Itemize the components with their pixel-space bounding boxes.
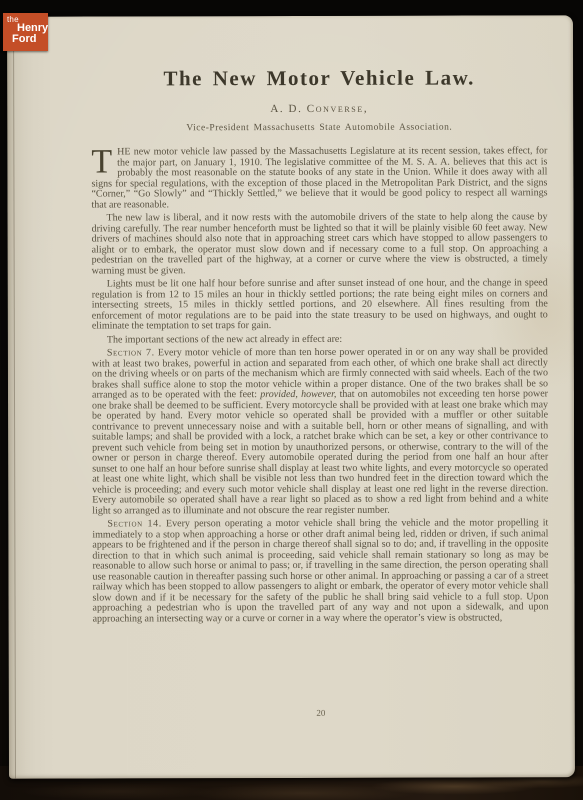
paragraph: Section 14. Every person operating a mot…	[92, 518, 548, 624]
page-number: 20	[93, 707, 549, 718]
text-segment: The important sections of the new act al…	[107, 333, 342, 345]
text-segment: Section 14.	[107, 518, 162, 529]
author-title: Vice-President Massachusetts State Autom…	[91, 122, 547, 133]
paragraph: THE new motor vehicle law passed by the …	[91, 146, 547, 210]
paragraph: The important sections of the new act al…	[92, 334, 548, 346]
text-segment: provided, however,	[260, 389, 336, 400]
page-gutter-shadow	[7, 17, 35, 779]
body-text: THE new motor vehicle law passed by the …	[91, 146, 548, 624]
text-segment: The new law is liberal, and it now rests…	[92, 211, 548, 276]
scan-background: The New Motor Vehicle Law. A. D. Convers…	[0, 0, 583, 800]
article-title: The New Motor Vehicle Law.	[91, 65, 547, 91]
text-segment: Section 7.	[107, 347, 155, 358]
paragraph: The new law is liberal, and it now rests…	[92, 212, 548, 276]
text-segment: Lights must be lit one half hour before …	[92, 277, 548, 331]
henry-ford-logo: the Henry Ford	[3, 13, 48, 51]
article-content: The New Motor Vehicle Law. A. D. Convers…	[91, 65, 548, 627]
paragraph: Lights must be lit one half hour before …	[92, 278, 548, 332]
logo-text-ford: Ford	[12, 33, 36, 45]
text-segment: that on automobiles not exceeding ten ho…	[92, 388, 548, 516]
text-segment: Every person operating a motor vehicle s…	[92, 517, 548, 624]
author-name: A. D. Converse,	[91, 102, 547, 115]
paragraph: Section 7. Every motor vehicle of more t…	[92, 347, 548, 516]
text-segment: HE new motor vehicle law passed by the M…	[91, 145, 547, 210]
document-page: The New Motor Vehicle Law. A. D. Convers…	[7, 15, 575, 778]
drop-cap: T	[91, 147, 117, 177]
